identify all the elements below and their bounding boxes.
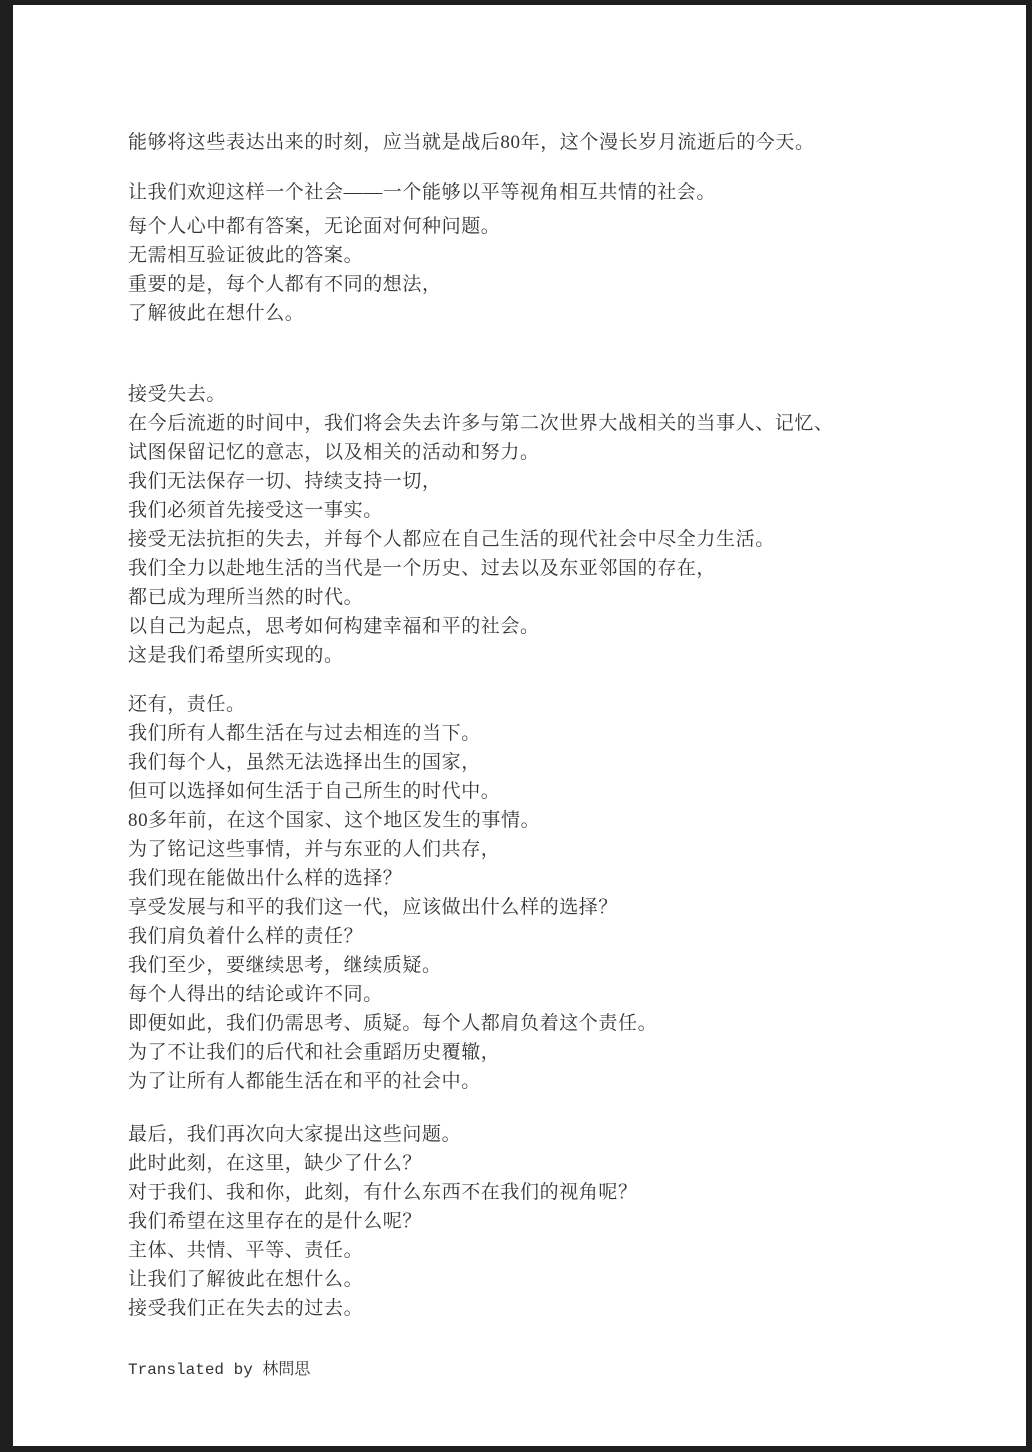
paragraph-opening-statement: 能够将这些表达出来的时刻，应当就是战后80年，这个漫长岁月流逝后的今天。 — [128, 128, 966, 157]
page-frame: 能够将这些表达出来的时刻，应当就是战后80年，这个漫长岁月流逝后的今天。 让我们… — [0, 0, 1032, 1452]
paragraph-welcome-society: 让我们欢迎这样一个社会——一个能够以平等视角相互共情的社会。 — [128, 178, 966, 207]
translator-credit: Translated by 林問思 — [128, 1359, 966, 1381]
document-page: 能够将这些表达出来的时刻，应当就是战后80年，这个漫长岁月流逝后的今天。 让我们… — [13, 5, 1026, 1446]
paragraph-accepting-loss: 接受失去。 在今后流逝的时间中，我们将会失去许多与第二次世界大战相关的当事人、记… — [128, 380, 966, 670]
paragraph-responsibility: 还有，责任。 我们所有人都生活在与过去相连的当下。 我们每个人，虽然无法选择出生… — [128, 690, 966, 1096]
paragraph-final-questions: 最后，我们再次向大家提出这些问题。 此时此刻，在这里，缺少了什么？ 对于我们、我… — [128, 1120, 966, 1323]
paragraph-answers: 每个人心中都有答案，无论面对何种问题。 无需相互验证彼此的答案。 重要的是，每个… — [128, 212, 966, 328]
